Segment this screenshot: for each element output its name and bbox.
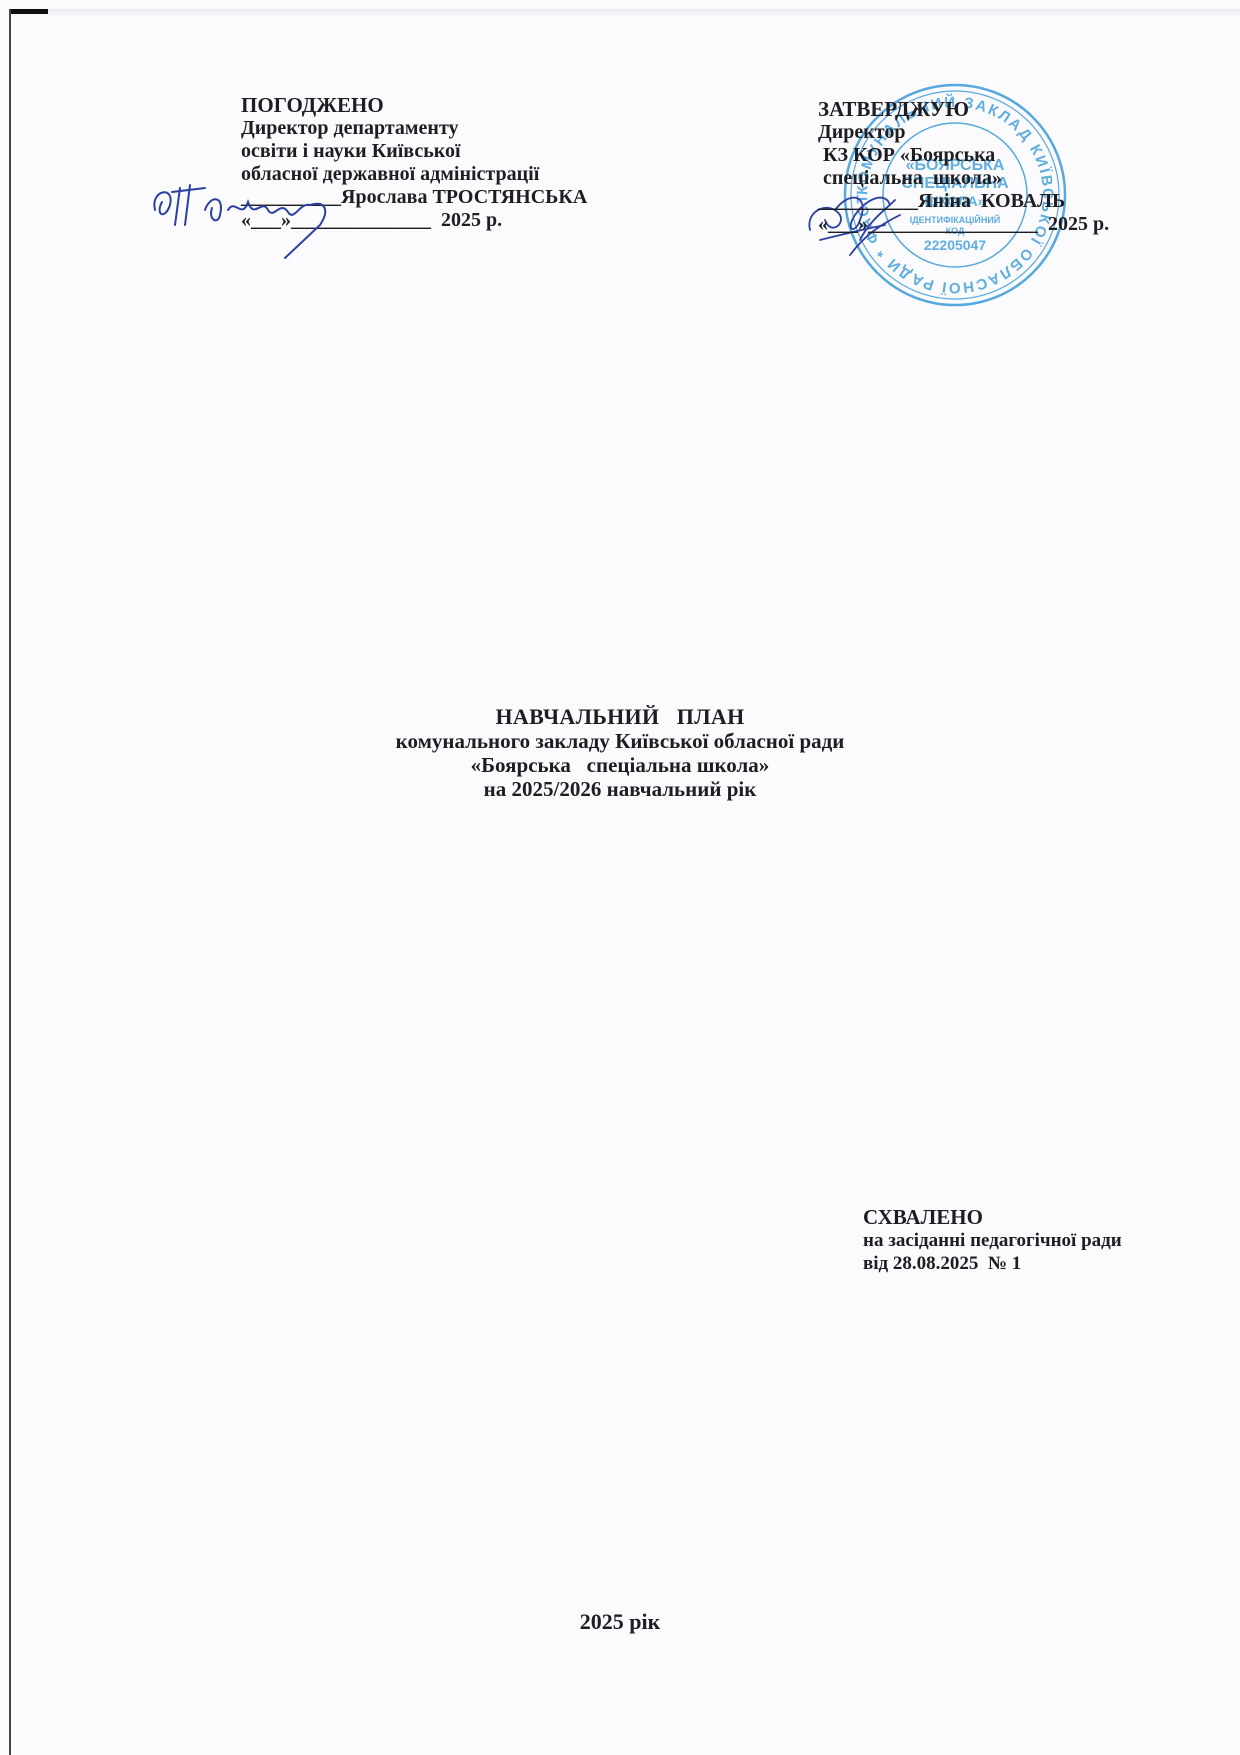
- approval-agreed-block: ПОГОДЖЕНО Директор департаменту освіти і…: [241, 94, 587, 232]
- council-approval-block: СХВАЛЕНО на засіданні педагогічної ради …: [863, 1206, 1122, 1275]
- approval-confirmed-line: спеціальна школа»: [818, 167, 1109, 190]
- approval-confirmed-line: Директор: [818, 121, 1109, 144]
- approval-agreed-date: «___»______________ 2025 р.: [241, 209, 587, 232]
- approval-agreed-signatory: __________Ярослава ТРОСТЯНСЬКА: [241, 186, 587, 209]
- scan-left-edge: [9, 9, 11, 1755]
- document-subtitle-line: на 2025/2026 навчальний рік: [0, 777, 1240, 801]
- scan-edge-shade: [48, 9, 1240, 17]
- document-title-block: НАВЧАЛЬНИЙ ПЛАН комунального закладу Киї…: [0, 705, 1240, 801]
- council-approval-heading: СХВАЛЕНО: [863, 1206, 1122, 1229]
- approval-agreed-heading: ПОГОДЖЕНО: [241, 94, 587, 117]
- document-subtitle-line: комунального закладу Київської обласної …: [0, 729, 1240, 753]
- approval-confirmed-line: КЗ КОР «Боярська: [818, 144, 1109, 167]
- document-subtitle-line: «Боярська спеціальна школа»: [0, 753, 1240, 777]
- approval-confirmed-date: «___»_________________ 2025 р.: [818, 213, 1109, 236]
- council-approval-line: на засіданні педагогічної ради: [863, 1229, 1122, 1252]
- approval-confirmed-signatory: __________Яніна КОВАЛЬ: [818, 190, 1109, 213]
- approval-confirmed-heading: ЗАТВЕРДЖУЮ: [818, 98, 1109, 121]
- scan-corner-mark: [9, 9, 48, 14]
- document-year: 2025 рік: [0, 1609, 1240, 1635]
- approval-agreed-line: освіти і науки Київської: [241, 140, 587, 163]
- council-approval-line: від 28.08.2025 № 1: [863, 1252, 1122, 1275]
- document-title: НАВЧАЛЬНИЙ ПЛАН: [0, 705, 1240, 729]
- approval-confirmed-block: ЗАТВЕРДЖУЮ Директор КЗ КОР «Боярська спе…: [818, 98, 1109, 236]
- approval-agreed-line: обласної державної адміністрації: [241, 163, 587, 186]
- approval-agreed-line: Директор департаменту: [241, 117, 587, 140]
- svg-text:22205047: 22205047: [924, 237, 987, 253]
